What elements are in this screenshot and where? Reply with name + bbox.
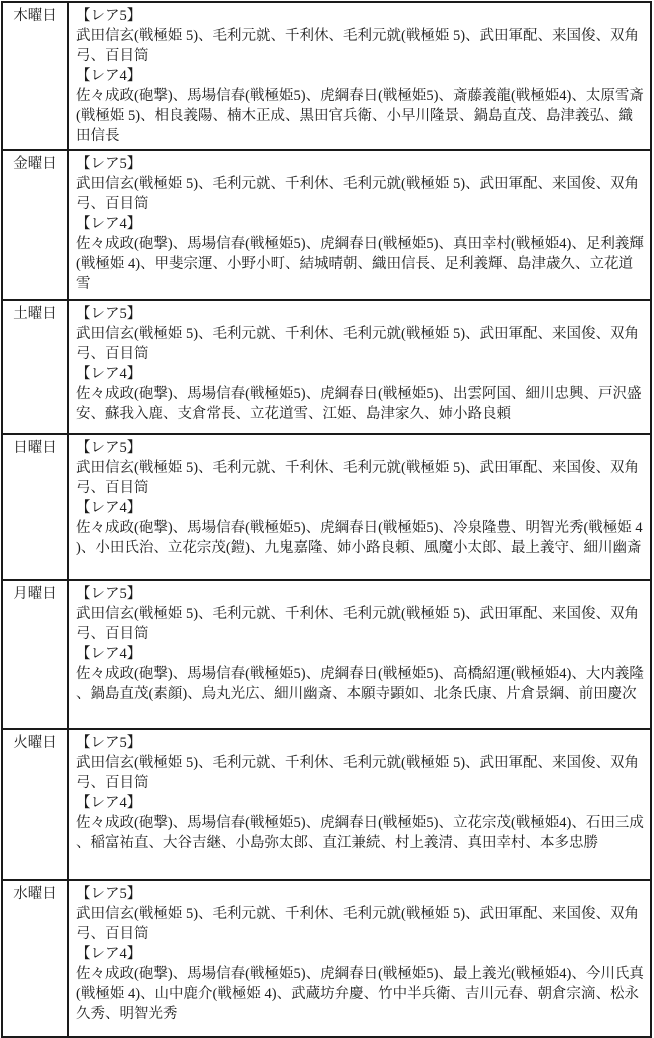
rare5-label: 【レア5】	[76, 733, 645, 753]
rare4-label: 【レア4】	[76, 793, 645, 813]
table-row: 金曜日 【レア5】 武田信玄(戦極姫 5)、毛利元就、千利休、毛利元就(戦極姫 …	[2, 150, 651, 300]
rare4-label: 【レア4】	[76, 944, 645, 964]
rare5-names: 武田信玄(戦極姫 5)、毛利元就、千利休、毛利元就(戦極姫 5)、武田軍配、来国…	[76, 753, 645, 793]
rarity-list-cell: 【レア5】 武田信玄(戦極姫 5)、毛利元就、千利休、毛利元就(戦極姫 5)、武…	[68, 300, 651, 434]
day-cell: 土曜日	[2, 300, 68, 434]
rare5-names: 武田信玄(戦極姫 5)、毛利元就、千利休、毛利元就(戦極姫 5)、武田軍配、来国…	[76, 458, 645, 498]
rarity-list-cell: 【レア5】 武田信玄(戦極姫 5)、毛利元就、千利休、毛利元就(戦極姫 5)、武…	[68, 434, 651, 580]
rare4-names: 佐々成政(砲撃)、馬場信春(戦極姫5)、虎綱春日(戦極姫5)、冷泉隆豊、明智光秀…	[76, 518, 645, 558]
rarity-list-cell: 【レア5】 武田信玄(戦極姫 5)、毛利元就、千利休、毛利元就(戦極姫 5)、武…	[68, 150, 651, 300]
rare5-label: 【レア5】	[76, 884, 645, 904]
rare4-label: 【レア4】	[76, 498, 645, 518]
rare4-names: 佐々成政(砲撃)、馬場信春(戦極姫5)、虎綱春日(戦極姫5)、高橋紹運(戦極姫4…	[76, 664, 645, 704]
rare4-label: 【レア4】	[76, 364, 645, 384]
table-row: 日曜日 【レア5】 武田信玄(戦極姫 5)、毛利元就、千利休、毛利元就(戦極姫 …	[2, 434, 651, 580]
rare4-label: 【レア4】	[76, 644, 645, 664]
day-cell: 水曜日	[2, 880, 68, 1037]
table-row: 月曜日 【レア5】 武田信玄(戦極姫 5)、毛利元就、千利休、毛利元就(戦極姫 …	[2, 580, 651, 729]
rare4-names: 佐々成政(砲撃)、馬場信春(戦極姫5)、虎綱春日(戦極姫5)、出雲阿国、細川忠興…	[76, 384, 645, 424]
table-row: 火曜日 【レア5】 武田信玄(戦極姫 5)、毛利元就、千利休、毛利元就(戦極姫 …	[2, 729, 651, 880]
rare4-names: 佐々成政(砲撃)、馬場信春(戦極姫5)、虎綱春日(戦極姫5)、真田幸村(戦極姫4…	[76, 234, 645, 294]
table-row: 水曜日 【レア5】 武田信玄(戦極姫 5)、毛利元就、千利休、毛利元就(戦極姫 …	[2, 880, 651, 1037]
rare5-names: 武田信玄(戦極姫 5)、毛利元就、千利休、毛利元就(戦極姫 5)、武田軍配、来国…	[76, 324, 645, 364]
day-cell: 月曜日	[2, 580, 68, 729]
rare4-names: 佐々成政(砲撃)、馬場信春(戦極姫5)、虎綱春日(戦極姫5)、立花宗茂(戦極姫4…	[76, 813, 645, 853]
rare5-names: 武田信玄(戦極姫 5)、毛利元就、千利休、毛利元就(戦極姫 5)、武田軍配、来国…	[76, 604, 645, 644]
day-cell: 日曜日	[2, 434, 68, 580]
rare4-label: 【レア4】	[76, 66, 645, 86]
rarity-list-cell: 【レア5】 武田信玄(戦極姫 5)、毛利元就、千利休、毛利元就(戦極姫 5)、武…	[68, 729, 651, 880]
rare4-label: 【レア4】	[76, 214, 645, 234]
rare5-label: 【レア5】	[76, 304, 645, 324]
weekly-schedule-table: 木曜日 【レア5】 武田信玄(戦極姫 5)、毛利元就、千利休、毛利元就(戦極姫 …	[1, 1, 652, 1038]
rarity-list-cell: 【レア5】 武田信玄(戦極姫 5)、毛利元就、千利休、毛利元就(戦極姫 5)、武…	[68, 880, 651, 1037]
rare5-names: 武田信玄(戦極姫 5)、毛利元就、千利休、毛利元就(戦極姫 5)、武田軍配、来国…	[76, 174, 645, 214]
rarity-list-cell: 【レア5】 武田信玄(戦極姫 5)、毛利元就、千利休、毛利元就(戦極姫 5)、武…	[68, 2, 651, 150]
rare5-label: 【レア5】	[76, 6, 645, 26]
rare5-names: 武田信玄(戦極姫 5)、毛利元就、千利休、毛利元就(戦極姫 5)、武田軍配、来国…	[76, 904, 645, 944]
day-cell: 木曜日	[2, 2, 68, 150]
table-row: 木曜日 【レア5】 武田信玄(戦極姫 5)、毛利元就、千利休、毛利元就(戦極姫 …	[2, 2, 651, 150]
rare5-names: 武田信玄(戦極姫 5)、毛利元就、千利休、毛利元就(戦極姫 5)、武田軍配、来国…	[76, 26, 645, 66]
day-cell: 火曜日	[2, 729, 68, 880]
rare5-label: 【レア5】	[76, 438, 645, 458]
day-cell: 金曜日	[2, 150, 68, 300]
rare5-label: 【レア5】	[76, 154, 645, 174]
rare4-names: 佐々成政(砲撃)、馬場信春(戦極姫5)、虎綱春日(戦極姫5)、斎藤義龍(戦極姫4…	[76, 86, 645, 146]
rarity-list-cell: 【レア5】 武田信玄(戦極姫 5)、毛利元就、千利休、毛利元就(戦極姫 5)、武…	[68, 580, 651, 729]
rare5-label: 【レア5】	[76, 584, 645, 604]
table-row: 土曜日 【レア5】 武田信玄(戦極姫 5)、毛利元就、千利休、毛利元就(戦極姫 …	[2, 300, 651, 434]
rare4-names: 佐々成政(砲撃)、馬場信春(戦極姫5)、虎綱春日(戦極姫5)、最上義光(戦極姫4…	[76, 964, 645, 1024]
